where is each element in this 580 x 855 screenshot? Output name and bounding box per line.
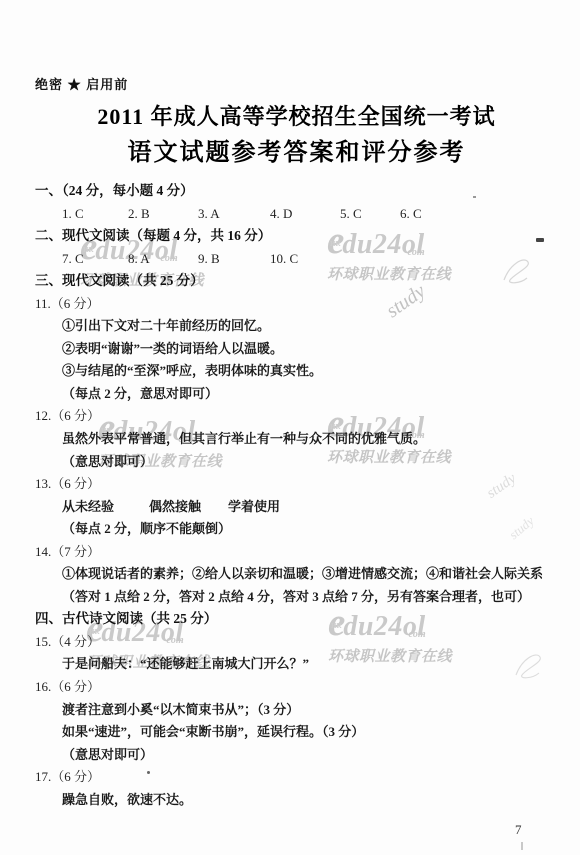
question-16-answer-line-1: 渡者注意到小奚“以木简束书从”；（3 分） <box>35 699 558 722</box>
question-11-label: 11.（6 分） <box>35 293 558 316</box>
question-13-item-2: 偶然接触 <box>149 499 201 514</box>
answer-q1: 1. C <box>62 203 128 226</box>
answers-row-2: 7. C8. A9. B10. C <box>35 248 558 271</box>
answer-q3: 3. A <box>198 203 270 226</box>
question-14-answer: ①体现说话者的素养；②给人以亲切和温暖；③增进情感交流；④和谐社会人际关系 <box>35 563 558 586</box>
answer-q10: 10. C <box>270 248 340 271</box>
section-1-header: 一、（24 分，每小题 4 分） <box>35 180 558 203</box>
answer-key-body: 一、（24 分，每小题 4 分） 1. C2. B3. A4. D5. C6. … <box>35 180 558 811</box>
page-number: 7 <box>515 822 522 838</box>
answer-q2: 2. B <box>128 203 198 226</box>
question-11-point-2: ②表明“谢谢”一类的词语给人以温暖。 <box>35 338 558 361</box>
question-14-scoring-note: （答对 1 点给 2 分，答对 2 点给 4 分，答对 3 点给 7 分，另有答… <box>35 586 558 609</box>
question-11-scoring-note: （每点 2 分，意思对即可） <box>35 383 558 406</box>
exam-title: 2011 年成人高等学校招生全国统一考试 <box>35 103 558 131</box>
question-16-scoring-note: （意思对即可） <box>35 744 558 767</box>
section-2-header: 二、现代文阅读（每题 4 分，共 16 分） <box>35 225 558 248</box>
scanned-exam-page: HRedu24olcom 环球职业教育在线 HRedu24olcom 环球职业教… <box>0 0 580 855</box>
question-13-item-1: 从未经验 <box>62 499 114 514</box>
section-3-header: 三、现代文阅读（共 25 分） <box>35 270 558 293</box>
section-4-header: 四、古代诗文阅读（共 25 分） <box>35 608 558 631</box>
question-16-label: 16.（6 分） <box>35 676 558 699</box>
paper-title: 语文试题参考答案和评分参考 <box>35 138 558 168</box>
answer-q6: 6. C <box>400 203 422 226</box>
question-13-answer-items: 从未经验偶然接触学着使用 <box>35 496 558 519</box>
question-15-label: 15.（4 分） <box>35 631 558 654</box>
question-15-answer: 于是问船夫：“还能够赶上南城大门开么？” <box>35 653 558 676</box>
answer-q8: 8. A <box>128 248 198 271</box>
question-12-answer: 虽然外表平常普通，但其言行举止有一种与众不同的优雅气质。 <box>35 428 558 451</box>
question-12-label: 12.（6 分） <box>35 405 558 428</box>
question-13-scoring-note: （每点 2 分，顺序不能颠倒） <box>35 518 558 541</box>
question-13-item-3: 学着使用 <box>228 499 280 514</box>
question-17-label: 17.（6 分） <box>35 766 558 789</box>
classification-label: 绝密 ★ 启用前 <box>35 76 558 94</box>
question-14-label: 14.（7 分） <box>35 541 558 564</box>
answers-row-1: 1. C2. B3. A4. D5. C6. C <box>35 203 558 226</box>
question-12-scoring-note: （意思对即可） <box>35 451 558 474</box>
question-11-point-3: ③与结尾的“至深”呼应，表明体味的真实性。 <box>35 360 558 383</box>
question-16-answer-line-2: 如果“速进”，可能会“束断书崩”，延误行程。（3 分） <box>35 721 558 744</box>
page-content: 绝密 ★ 启用前 2011 年成人高等学校招生全国统一考试 语文试题参考答案和评… <box>0 0 580 855</box>
answer-q4: 4. D <box>270 203 340 226</box>
answer-q7: 7. C <box>62 248 128 271</box>
question-17-answer: 躁急自败，欲速不达。 <box>35 789 558 812</box>
question-13-label: 13.（6 分） <box>35 473 558 496</box>
question-11-point-1: ①引出下文对二十年前经历的回忆。 <box>35 315 558 338</box>
answer-q9: 9. B <box>198 248 270 271</box>
answer-q5: 5. C <box>340 203 400 226</box>
